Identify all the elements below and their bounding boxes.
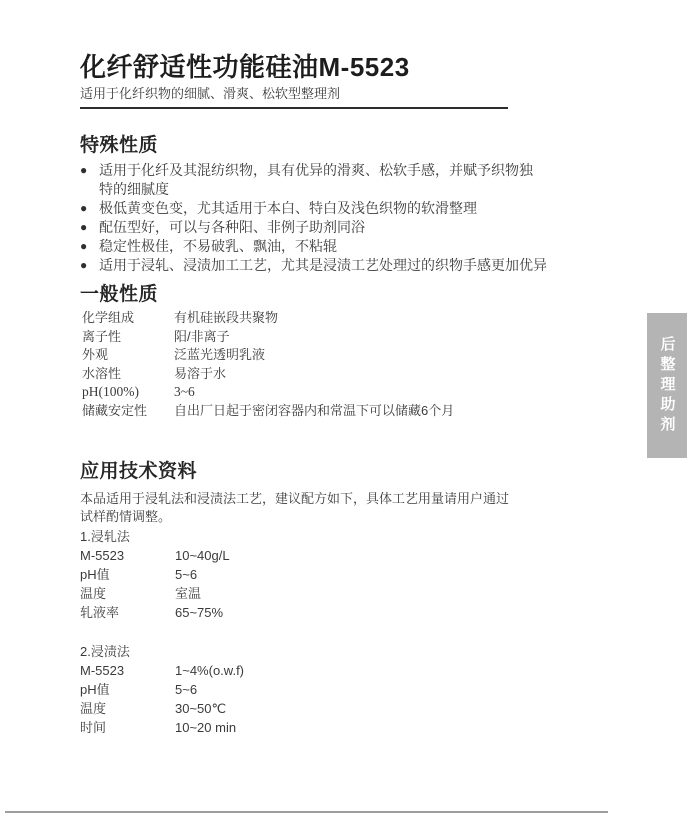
table-row: 水溶性 易溶于水: [80, 365, 550, 384]
property-value: 3~6: [174, 383, 550, 402]
parameter-value: 1~4%(o.w.f): [175, 661, 550, 680]
general-properties-table: 化学组成 有机硅嵌段共聚物 离子性 阳/非离子 外观 泛蓝光透明乳液 水溶性 易…: [80, 309, 550, 420]
property-value: 自出厂日起于密闭容器内和常温下可以储藏6个月: [174, 402, 550, 421]
application-heading: 应用技术资料: [80, 461, 550, 482]
parameter-label: 温度: [80, 584, 175, 603]
parameter-label: 温度: [80, 699, 175, 718]
property-label: 外观: [80, 346, 174, 365]
section-general-properties: 一般性质 化学组成 有机硅嵌段共聚物 离子性 阳/非离子 外观 泛蓝光透明乳液 …: [80, 284, 550, 420]
parameter-label: 时间: [80, 718, 175, 737]
parameter-value: 10~40g/L: [175, 546, 550, 565]
bullet-icon: ●: [80, 218, 87, 237]
bullet-icon: ●: [80, 237, 87, 256]
table-row: M-5523 1~4%(o.w.f): [80, 661, 550, 680]
page-title: 化纤舒适性功能硅油M-5523: [80, 53, 550, 82]
property-label: 化学组成: [80, 309, 174, 328]
table-row: pH值 5~6: [80, 565, 550, 584]
parameter-value: 室温: [175, 584, 550, 603]
section-application-data: 应用技术资料 本品适用于浸轧法和浸渍法工艺，建议配方如下，具体工艺用量请用户通过…: [80, 461, 550, 737]
bullet-text: 适用于浸轧、浸渍加工工艺，尤其是浸渍工艺处理过的织物手感更加优异: [99, 257, 547, 273]
bullet-icon: ●: [80, 161, 87, 180]
document-header: 化纤舒适性功能硅油M-5523 适用于化纤织物的细腻、滑爽、松软型整理剂: [80, 53, 550, 109]
bullet-text: 适用于化纤及其混纺织物，具有优异的滑爽、松软手感，并赋予织物独 特的细腻度: [99, 162, 533, 197]
parameter-label: pH值: [80, 680, 175, 699]
table-row: 外观 泛蓝光透明乳液: [80, 346, 550, 365]
method-name: 2.浸渍法: [80, 643, 550, 661]
parameter-label: M-5523: [80, 661, 175, 680]
parameter-value: 65~75%: [175, 603, 550, 622]
list-item: ●适用于化纤及其混纺织物，具有优异的滑爽、松软手感，并赋予织物独 特的细腻度: [80, 161, 550, 199]
bullet-icon: ●: [80, 199, 87, 218]
list-item: ●极低黄变色变，尤其适用于本白、特白及浅色织物的软滑整理: [80, 199, 550, 218]
property-label: 离子性: [80, 328, 174, 347]
method-padding-process: 1.浸轧法 M-5523 10~40g/L pH值 5~6 温度 室温 轧液率 …: [80, 528, 550, 622]
table-row: M-5523 10~40g/L: [80, 546, 550, 565]
property-value: 有机硅嵌段共聚物: [174, 309, 550, 328]
special-properties-list: ●适用于化纤及其混纺织物，具有优异的滑爽、松软手感，并赋予织物独 特的细腻度 ●…: [80, 161, 550, 275]
table-row: 储藏安定性 自出厂日起于密闭容器内和常温下可以储藏6个月: [80, 402, 550, 421]
property-value: 易溶于水: [174, 365, 550, 384]
table-row: 轧液率 65~75%: [80, 603, 550, 622]
property-label: 储藏安定性: [80, 402, 174, 421]
title-divider: [80, 107, 508, 109]
parameter-label: pH值: [80, 565, 175, 584]
parameter-label: M-5523: [80, 546, 175, 565]
property-label: 水溶性: [80, 365, 174, 384]
method-dipping-process: 2.浸渍法 M-5523 1~4%(o.w.f) pH值 5~6 温度 30~5…: [80, 643, 550, 737]
bullet-text: 配伍型好，可以与各种阳、非例子助剂同浴: [99, 219, 365, 235]
property-value: 阳/非离子: [174, 328, 550, 347]
property-label: pH(100%): [80, 383, 174, 402]
method-name: 1.浸轧法: [80, 528, 550, 546]
table-row: pH值 5~6: [80, 680, 550, 699]
table-row: 温度 室温: [80, 584, 550, 603]
category-side-tab: 后整理助剂: [647, 313, 687, 458]
section-special-properties: 特殊性质 ●适用于化纤及其混纺织物，具有优异的滑爽、松软手感，并赋予织物独 特的…: [80, 135, 550, 275]
bullet-icon: ●: [80, 256, 87, 275]
parameter-value: 30~50℃: [175, 699, 550, 718]
table-row: 化学组成 有机硅嵌段共聚物: [80, 309, 550, 328]
parameter-value: 5~6: [175, 565, 550, 584]
table-row: 时间 10~20 min: [80, 718, 550, 737]
parameter-value: 10~20 min: [175, 718, 550, 737]
special-properties-heading: 特殊性质: [80, 135, 550, 156]
application-intro: 本品适用于浸轧法和浸渍法工艺，建议配方如下，具体工艺用量请用户通过 试样酌情调整…: [80, 490, 550, 526]
parameter-label: 轧液率: [80, 603, 175, 622]
table-row: pH(100%) 3~6: [80, 383, 550, 402]
datasheet-page: 化纤舒适性功能硅油M-5523 适用于化纤织物的细腻、滑爽、松软型整理剂 特殊性…: [0, 0, 695, 816]
table-row: 温度 30~50℃: [80, 699, 550, 718]
footer-divider: [5, 811, 608, 813]
table-row: 离子性 阳/非离子: [80, 328, 550, 347]
page-subtitle: 适用于化纤织物的细腻、滑爽、松软型整理剂: [80, 87, 550, 101]
parameter-value: 5~6: [175, 680, 550, 699]
list-item: ●适用于浸轧、浸渍加工工艺，尤其是浸渍工艺处理过的织物手感更加优异: [80, 256, 550, 275]
bullet-text: 稳定性极佳，不易破乳、飘油，不粘辊: [99, 238, 337, 254]
page-content: 化纤舒适性功能硅油M-5523 适用于化纤织物的细腻、滑爽、松软型整理剂 特殊性…: [80, 53, 550, 737]
property-value: 泛蓝光透明乳液: [174, 346, 550, 365]
bullet-text: 极低黄变色变，尤其适用于本白、特白及浅色织物的软滑整理: [99, 200, 477, 216]
list-item: ●配伍型好，可以与各种阳、非例子助剂同浴: [80, 218, 550, 237]
list-item: ●稳定性极佳，不易破乳、飘油，不粘辊: [80, 237, 550, 256]
general-properties-heading: 一般性质: [80, 284, 550, 305]
